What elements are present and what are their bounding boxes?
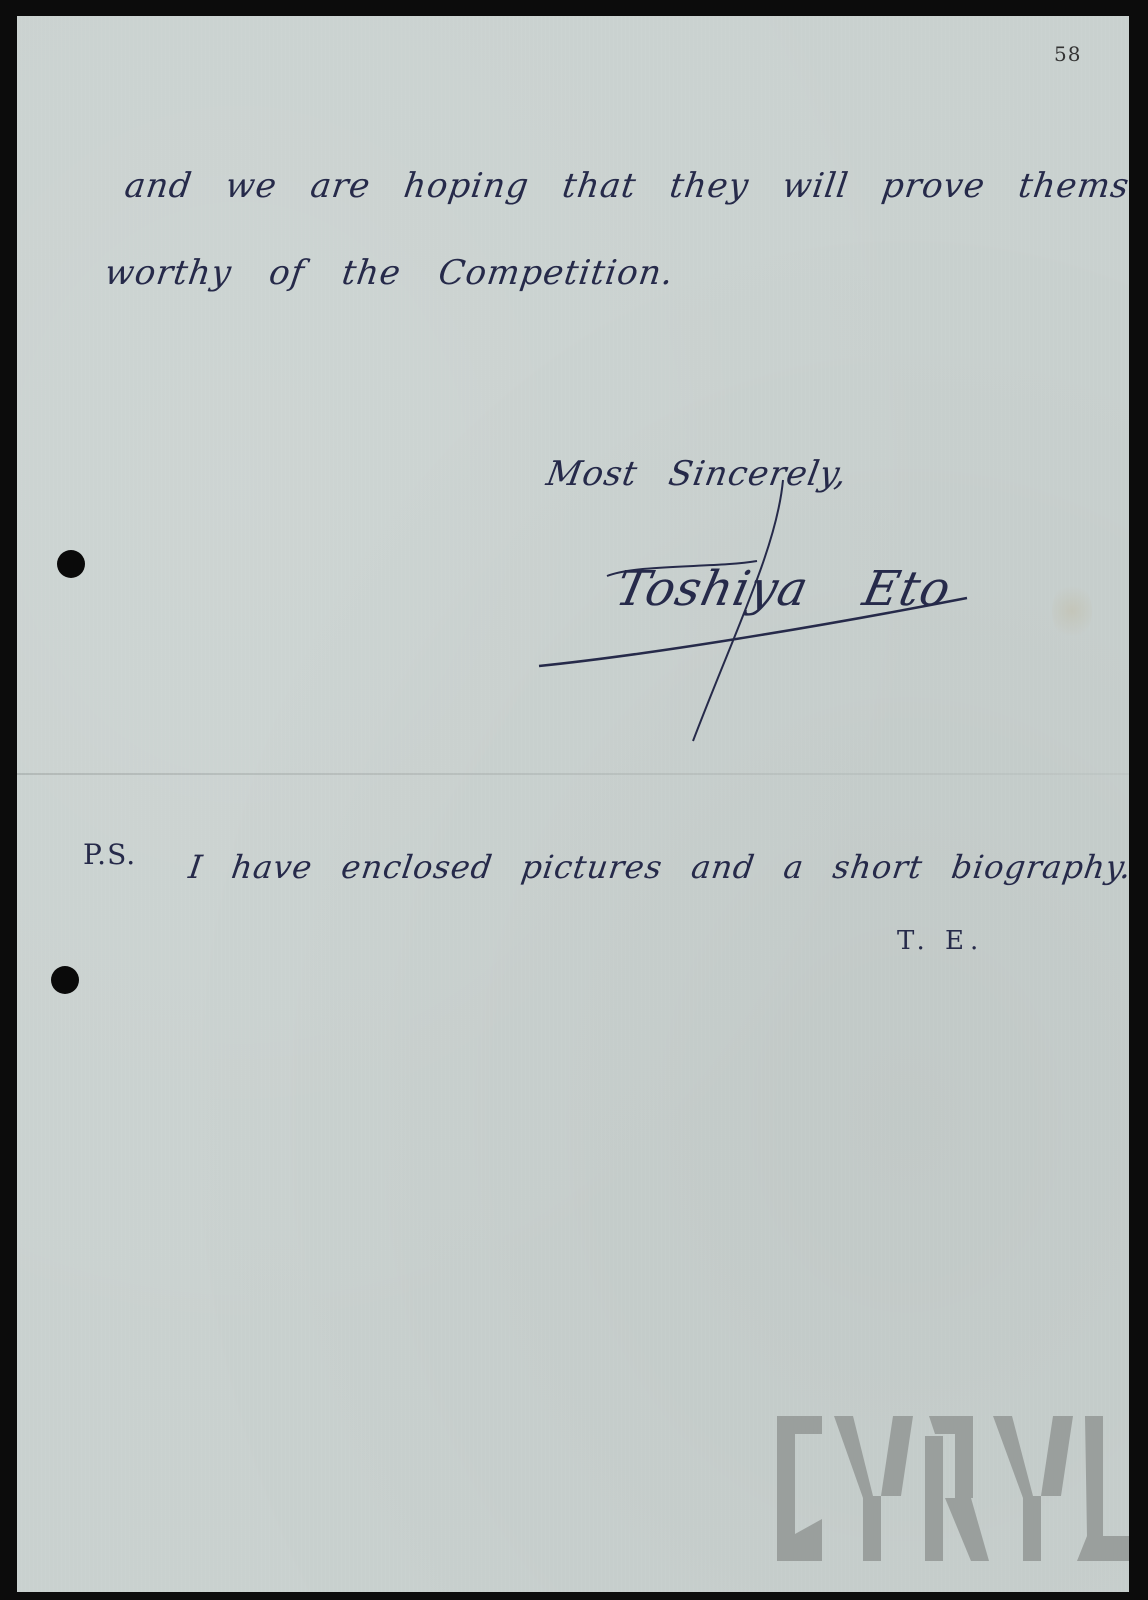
postscript-initials: T. E. [897,926,984,956]
signature-flourish-strokes [17,16,1129,1592]
postscript-label: P.S. [83,838,136,871]
postscript-text: I have enclosed pictures and a short bio… [186,848,1129,886]
cyryl-watermark-logo [777,1416,1129,1576]
letter-page: 58 and we are hoping that they will prov… [17,16,1129,1592]
